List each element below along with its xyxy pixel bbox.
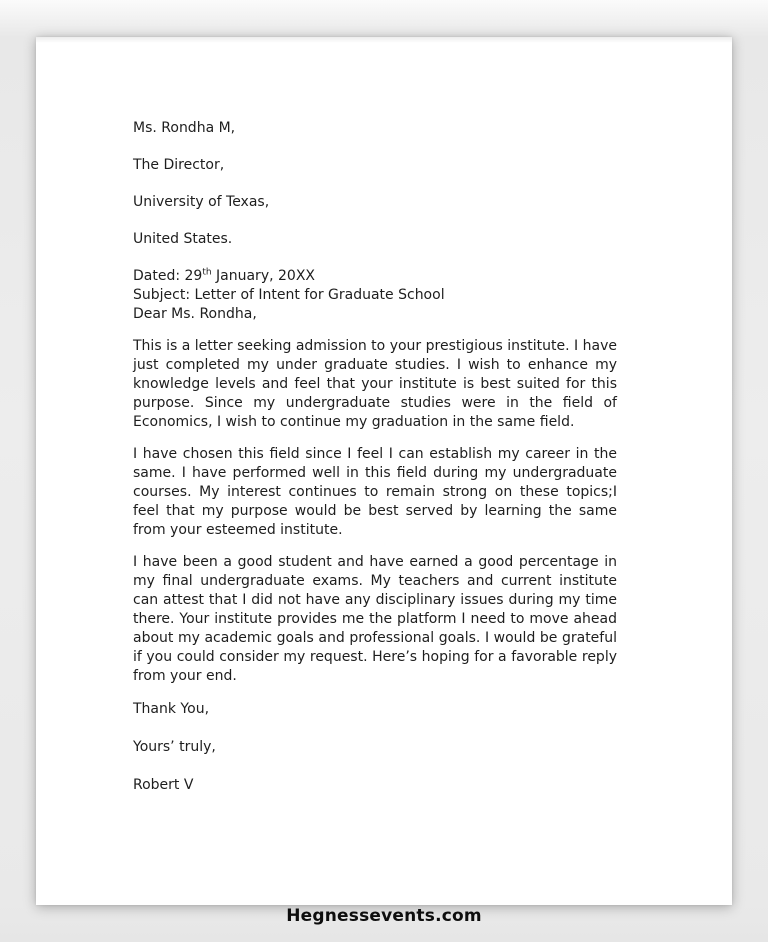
salutation: Dear Ms. Rondha,	[133, 305, 617, 324]
recipient-line: Ms. Rondha M,	[133, 119, 617, 138]
letter-paragraph: This is a letter seeking admission to yo…	[133, 337, 617, 432]
recipient-line: United States.	[133, 230, 617, 249]
footer-website: Hegnessevents.com	[0, 906, 768, 926]
letter-page: Ms. Rondha M, The Director, University o…	[36, 37, 732, 905]
subject-line: Subject: Letter of Intent for Graduate S…	[133, 286, 617, 305]
date-suffix: January, 20XX	[212, 268, 315, 284]
letter-paragraph: I have been a good student and have earn…	[133, 553, 617, 686]
letter-paragraph: I have chosen this field since I feel I …	[133, 445, 617, 540]
date-ordinal-superscript: th	[202, 267, 211, 277]
signature-name: Robert V	[133, 776, 617, 795]
letter-body: Ms. Rondha M, The Director, University o…	[36, 37, 732, 795]
date-prefix: Dated: 29	[133, 268, 202, 284]
closing-valediction: Yours’ truly,	[133, 738, 617, 757]
recipient-line: University of Texas,	[133, 193, 617, 212]
date-line: Dated: 29th January, 20XX	[133, 267, 617, 286]
meta-block: Dated: 29th January, 20XX Subject: Lette…	[133, 267, 617, 324]
recipient-block: Ms. Rondha M, The Director, University o…	[133, 119, 617, 249]
closing-thanks: Thank You,	[133, 700, 617, 719]
recipient-line: The Director,	[133, 156, 617, 175]
document-canvas: Ms. Rondha M, The Director, University o…	[0, 0, 768, 942]
